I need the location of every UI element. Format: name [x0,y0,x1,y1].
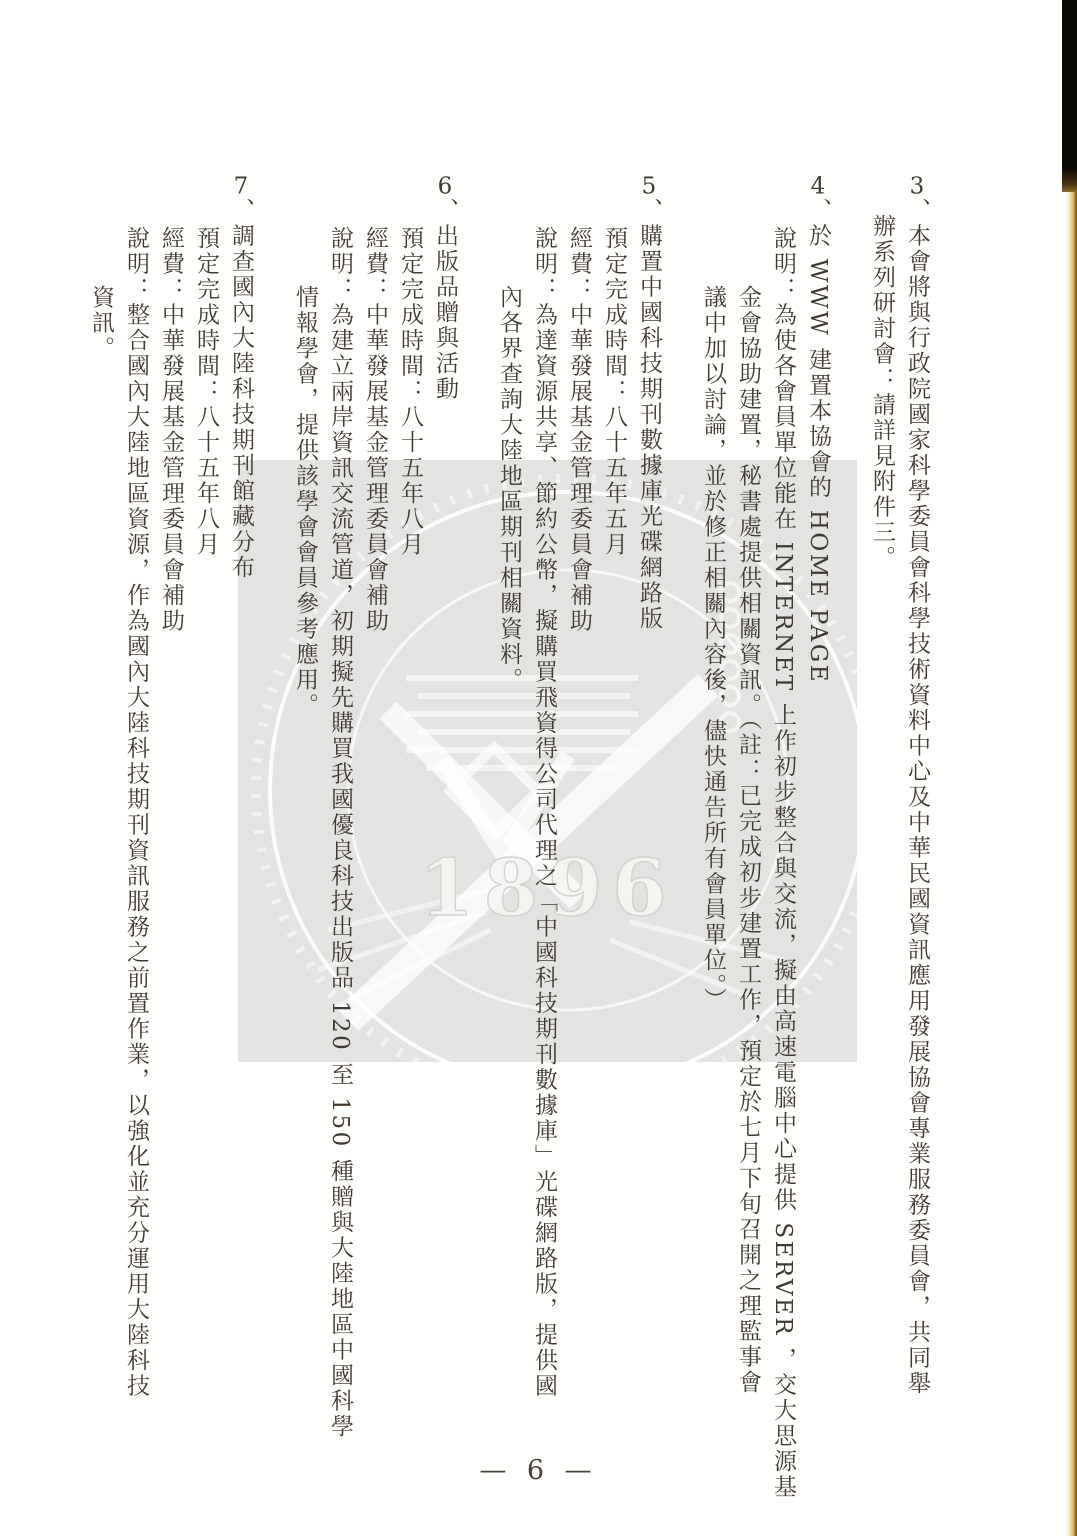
text-column: 內各界查詢大陸地區期刊相關資料。 [491,175,526,1490]
item-7: 7、調查國內大陸科技期刊館藏分布 預定完成時間：八十五年八月 經費：中華發展基金… [83,175,258,1490]
text-column: 5、購置中國科技期刊數據庫光碟網路版 [631,175,666,1490]
text-column: 辦系列研討會：請詳見附件三。 [864,175,899,1490]
item-3: 3、本會將與行政院國家科學委員會科學技術資料中心及中華民國資訊應用發展協會專業服… [864,175,934,1490]
item-number: 5 [636,175,662,198]
item-number: 3 [904,175,930,198]
item-5: 5、購置中國科技期刊數據庫光碟網路版 預定完成時間：八十五年五月 經費：中華發展… [491,175,666,1490]
text-column: 說明：為建立兩岸資訊交流管道，初期擬先購買我國優良科技出版品 120 至 150… [322,175,357,1490]
text-column: 金會協助建置，秘書處提供相關資訊。（註：已完成初步建置工作，預定於七月下旬召開之… [730,175,765,1490]
item-4: 4、於 WWW 建置本協會的 HOME PAGE 說明：為使各會員單位能在 IN… [695,175,835,1490]
text-column: 3、本會將與行政院國家科學委員會科學技術資料中心及中華民國資訊應用發展協會專業服… [899,175,934,1490]
text-column: 7、調查國內大陸科技期刊館藏分布 [223,175,258,1490]
text-column: 預定完成時間：八十五年八月 [392,175,427,1490]
item-text: 、購置中國科技期刊數據庫光碟網路版 [636,198,662,632]
text-column: 議中加以討論，並於修正相關內容後，儘快通告所有會員單位。） [695,175,730,1490]
item-text: 、調查國內大陸科技期刊館藏分布 [228,198,254,581]
text-column: 情報學會，提供該學會會員參考應用。 [287,175,322,1490]
scanned-document-page: 1896 3、本會將與行政院國家科學委員會科學技術資料中心及中華民國資訊應用發展… [0,0,1077,1536]
text-column: 說明：整合國內大陸地區資源，作為國內大陸科技期刊資訊服務之前置作業，以強化並充分… [118,175,153,1490]
item-text: 、出版品贈與活動 [432,198,458,402]
item-number: 7 [228,175,254,198]
text-column: 資訊。 [83,175,118,1490]
text-column: 說明：為使各會員單位能在 INTERNET 上作初步整合與交流，擬由高速電腦中心… [765,175,800,1490]
item-number: 4 [805,175,831,198]
text-column: 預定完成時間：八十五年八月 [188,175,223,1490]
text-column: 說明：為達資源共享、節約公幣，擬購買飛資得公司代理之「中國科技期刊數據庫」光碟網… [526,175,561,1490]
item-6: 6、出版品贈與活動 預定完成時間：八十五年八月 經費：中華發展基金管理委員會補助… [287,175,462,1490]
text-column: 經費：中華發展基金管理委員會補助 [357,175,392,1490]
item-text: 、本會將與行政院國家科學委員會科學技術資料中心及中華民國資訊應用發展協會專業服務… [904,198,930,1397]
text-column: 經費：中華發展基金管理委員會補助 [153,175,188,1490]
scan-edge-black [1062,0,1077,192]
text-column: 經費：中華發展基金管理委員會補助 [561,175,596,1490]
scan-edge-gold [1065,148,1077,1536]
text-column: 6、出版品贈與活動 [427,175,462,1490]
page-number: — 6 — [0,1455,1077,1486]
text-column: 預定完成時間：八十五年五月 [596,175,631,1490]
item-text: 、於 WWW 建置本協會的 HOME PAGE [805,198,831,684]
item-number: 6 [432,175,458,198]
text-column: 4、於 WWW 建置本協會的 HOME PAGE [800,175,835,1490]
document-body: 3、本會將與行政院國家科學委員會科學技術資料中心及中華民國資訊應用發展協會專業服… [54,175,934,1490]
